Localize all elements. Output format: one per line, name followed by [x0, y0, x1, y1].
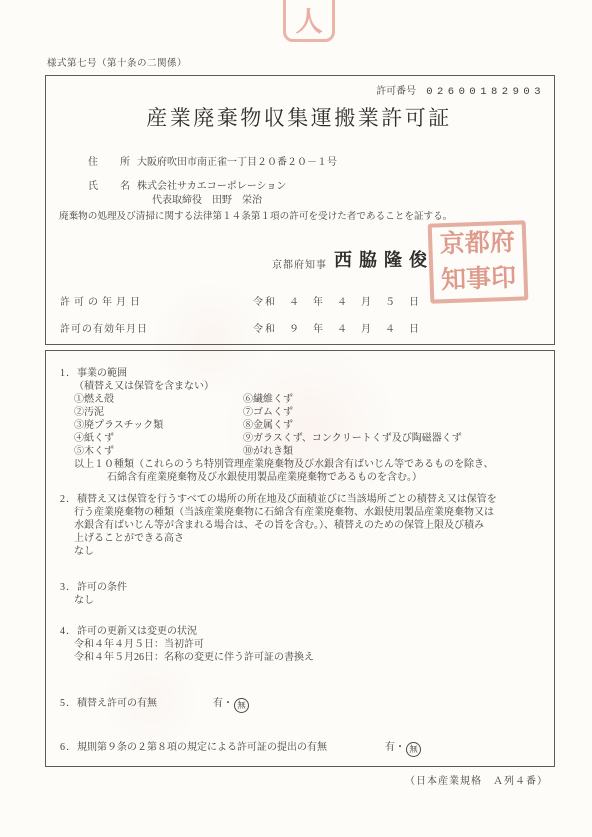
red-stamp-icon: 人	[283, 0, 335, 42]
section5-answer: 有・無	[213, 694, 249, 713]
permit-number-label: 許可番号	[376, 86, 416, 97]
governor-seal-icon: 京都府 知事印	[428, 220, 529, 303]
address-value: 大阪府吹田市南正雀一丁目２０番２０－１号	[137, 153, 337, 168]
document-title: 産業廃棄物収集運搬業許可証	[45, 102, 553, 132]
section6-yes: 有・	[385, 742, 405, 753]
address-label: 住 所	[88, 153, 136, 168]
section1-note-line2: 石綿含有産業廃棄物及び水銀使用製品産業廃棄物であるものを含む。）	[107, 468, 422, 483]
issue-date-value: 令和 ４ 年 ４ 月 ５ 日	[253, 293, 421, 308]
expiry-date-label: 許可の有効年月日	[60, 320, 148, 335]
permit-document-page: 人 様式第七号（第十条の二関係） 許可番号02600182903 産業廃棄物収集…	[0, 0, 592, 837]
section5-no-circled: 無	[234, 698, 249, 713]
section6-title: 規則第９条の２第８項の規定による許可証の提出の有無	[77, 742, 327, 753]
section6-answer: 有・無	[385, 738, 421, 757]
certification-statement: 廃棄物の処理及び清掃に関する法律第１４条第１項の許可を受けた者であることを証する…	[59, 208, 452, 222]
governor-title: 京都府知事	[272, 256, 327, 271]
section5-number: 5．	[60, 698, 77, 709]
section5-title: 積替え許可の有無	[77, 698, 157, 709]
section5-heading: 5．積替え許可の有無	[60, 694, 157, 709]
section4-history-line2: 令和４年５月26日：名称の変更に伴う許可証の書換え	[74, 648, 314, 663]
permit-number-value: 02600182903	[426, 86, 545, 98]
governor-seal-row2: 知事印	[433, 263, 524, 296]
company-name: 株式会社サカエコーポレーション	[137, 177, 286, 192]
representative-name: 代表取締役 田野 栄治	[152, 191, 262, 206]
issue-date-label: 許可の年月日	[60, 293, 144, 308]
permit-number-line: 許可番号02600182903	[0, 82, 545, 98]
jis-standard-note: （日本産業規格 Ａ列４番）	[0, 772, 548, 787]
governor-name: 西脇隆俊	[334, 246, 434, 272]
governor-seal-row1: 京都府	[432, 227, 523, 260]
expiry-date-value: 令和 ９ 年 ４ 月 ４ 日	[253, 320, 421, 335]
section3-answer: なし	[74, 591, 94, 606]
name-label: 氏 名	[88, 177, 136, 192]
section6-number: 6．	[60, 742, 77, 753]
red-stamp-glyph: 人	[286, 0, 332, 39]
section5-yes: 有・	[213, 698, 233, 709]
form-number-label: 様式第七号（第十条の二関係）	[47, 55, 187, 69]
section6-heading: 6．規則第９条の２第８項の規定による許可証の提出の有無	[60, 738, 327, 753]
section6-no-circled: 無	[406, 742, 421, 757]
section2-answer: なし	[74, 542, 94, 557]
